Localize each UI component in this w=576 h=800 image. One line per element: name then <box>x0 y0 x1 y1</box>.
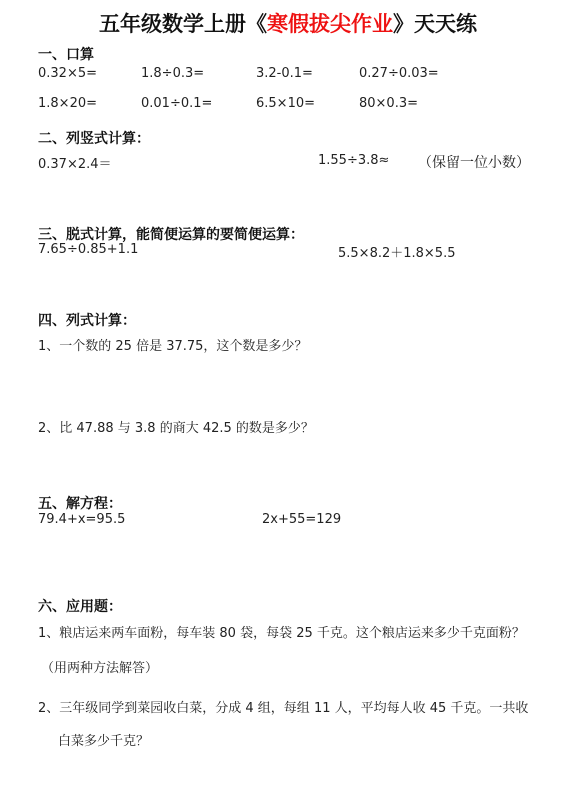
equation-item: 79.4+x=95.5 <box>38 512 125 527</box>
oral-calc-item: 80×0.3= <box>359 96 418 111</box>
section-1-heading: 一、口算 <box>38 44 94 64</box>
oral-calc-item: 0.32×5= <box>38 66 97 81</box>
section-2-heading: 二、列竖式计算： <box>38 128 150 148</box>
title-prefix: 五年级数学上册 <box>99 12 246 36</box>
oral-calc-item: 1.8×20= <box>38 96 97 111</box>
word-calc-question: 2、比 47.88 与 3.8 的商大 42.5 的数是多少？ <box>38 417 314 436</box>
oral-calc-item: 6.5×10= <box>256 96 315 111</box>
title-close-bracket: 》 <box>393 12 414 36</box>
equation-item: 2x+55=129 <box>262 512 341 527</box>
application-question-line: 白菜多少千克？ <box>58 730 149 749</box>
application-question-note: （用两种方法解答） <box>41 657 158 676</box>
word-calc-question: 1、一个数的 25 倍是 37.75，这个数是多少？ <box>38 335 307 354</box>
oral-calc-item: 0.01÷0.1= <box>141 96 212 111</box>
application-question-line: 2、三年级同学到菜园收白菜，分成 4 组，每组 11 人，平均每人收 45 千克… <box>38 697 528 716</box>
section-5-heading: 五、解方程： <box>38 493 122 513</box>
oral-calc-item: 3.2-0.1= <box>256 66 313 81</box>
rounding-note: （保留一位小数） <box>418 152 530 172</box>
oral-calc-item: 0.27÷0.03= <box>359 66 439 81</box>
stepwise-calc-item: 5.5×8.2＋1.8×5.5 <box>338 242 455 261</box>
application-question-line: 1、粮店运来两车面粉，每车装 80 袋，每袋 25 千克。这个粮店运来多少千克面… <box>38 622 525 641</box>
section-6-heading: 六、应用题： <box>38 596 122 616</box>
page-title: 五年级数学上册《寒假拔尖作业》天天练 <box>0 8 576 38</box>
title-suffix: 天天练 <box>414 12 477 36</box>
title-open-bracket: 《 <box>246 12 267 36</box>
stepwise-calc-item: 7.65÷0.85+1.1 <box>38 242 138 257</box>
title-highlight: 寒假拔尖作业 <box>267 12 393 36</box>
vertical-calc-item: 0.37×2.4＝ <box>38 153 112 172</box>
section-4-heading: 四、列式计算： <box>38 310 136 330</box>
section-3-heading: 三、脱式计算，能简便运算的要简便运算： <box>38 224 304 244</box>
oral-calc-item: 1.8÷0.3= <box>141 66 204 81</box>
vertical-calc-item: 1.55÷3.8≈ <box>318 153 389 168</box>
